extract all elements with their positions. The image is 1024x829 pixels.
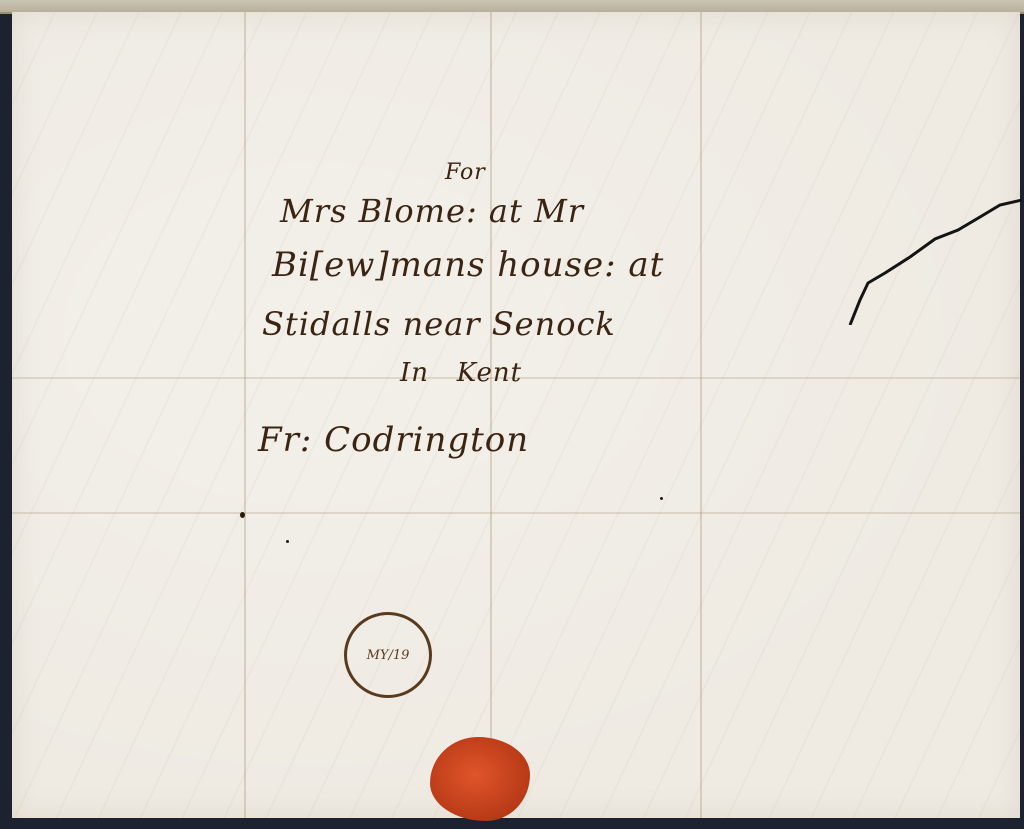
paper-tear	[840, 195, 1022, 325]
fold-line	[490, 12, 492, 818]
address-line-1: For	[445, 160, 486, 185]
ink-blot	[660, 497, 663, 500]
ink-blot	[240, 512, 245, 518]
letter-paper	[12, 12, 1020, 818]
address-line-2: Mrs Blome: at Mr	[280, 192, 584, 230]
signature: Fr: Codrington	[258, 420, 529, 460]
wax-seal	[430, 737, 530, 821]
address-line-4: Stidalls near Senock	[262, 305, 616, 343]
address-line-3: Bi[ew]mans house: at	[272, 245, 664, 285]
postmark-text: MY/19	[367, 648, 410, 663]
address-line-5: In Kent	[400, 358, 522, 388]
fold-line	[700, 12, 702, 818]
postmark-stamp: MY/19	[344, 612, 432, 698]
fold-line	[244, 12, 246, 818]
fold-line	[12, 512, 1020, 514]
ink-blot	[286, 540, 289, 543]
